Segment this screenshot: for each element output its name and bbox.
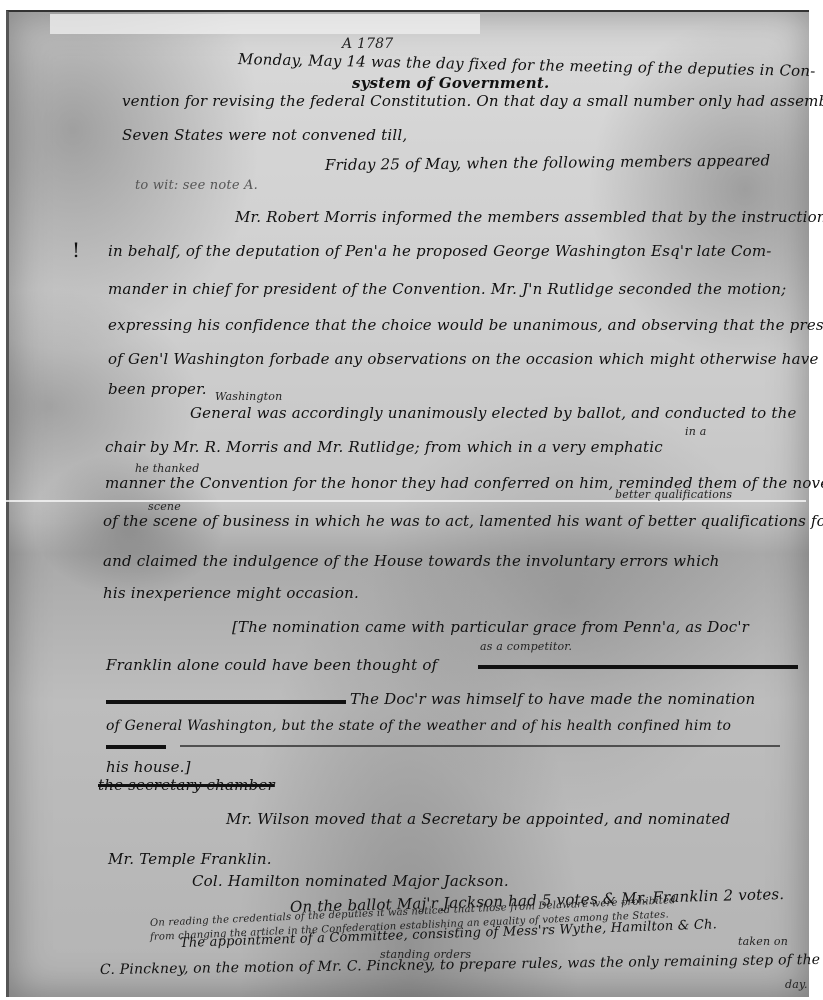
margin-tick-mark: ! [72,238,80,262]
text-line-12: chair by Mr. R. Morris and Mr. Rutlidge;… [105,438,663,456]
insert-better-qualifications: better qualifications [615,488,732,501]
text-line-21: his house.] [106,758,191,776]
text-line-31: day. [785,978,808,991]
text-line-24: Mr. Temple Franklin. [108,850,272,868]
insert-as-a-competitor: as a competitor. [480,640,572,653]
text-line-3: Seven States were not convened till, [122,126,407,144]
text-line-6: in behalf, of the deputation of Pen'a he… [108,242,772,260]
insert-in-a: in a [685,425,706,438]
text-line-8: expressing his confidence that the choic… [108,316,823,334]
margin-note-see-note-a: to wit: see note A. [135,178,258,193]
text-line-5: Mr. Robert Morris informed the members a… [235,208,823,226]
text-line-15: and claimed the indulgence of the House … [103,552,720,570]
insert-washington: Washington [215,390,282,403]
text-line-2: vention for revising the federal Constit… [122,92,823,110]
year-annotation: A 1787 [342,36,393,52]
text-line-17: [The nomination came with particular gra… [232,618,749,636]
insert-system-of-government: system of Government. [352,74,549,92]
insert-taken-on: taken on [738,935,788,948]
text-line-22-struck: the secretary chamber [98,776,275,794]
text-line-23: Mr. Wilson moved that a Secretary be app… [226,810,730,828]
text-line-19: The Doc'r was himself to have made the n… [350,690,755,708]
text-line-16: his inexperience might occasion. [103,584,359,602]
strikethrough-line-19 [106,700,346,704]
paper-tape-strip [50,14,480,34]
strikethrough-line-20c [180,745,780,747]
strikethrough-line-20b [106,745,166,749]
text-line-14: of the scene of business in which he was… [103,512,823,530]
text-line-10: been proper. [108,380,207,398]
text-line-7: mander in chief for president of the Con… [108,280,786,298]
text-line-25: Col. Hamilton nominated Major Jackson. [192,872,509,890]
text-line-9: of Gen'l Washington forbade any observat… [108,350,819,368]
text-line-11: General was accordingly unanimously elec… [190,404,797,422]
text-line-20: of General Washington, but the state of … [106,718,731,734]
strikethrough-line-18 [478,665,798,669]
text-line-18: Franklin alone could have been thought o… [106,656,437,674]
